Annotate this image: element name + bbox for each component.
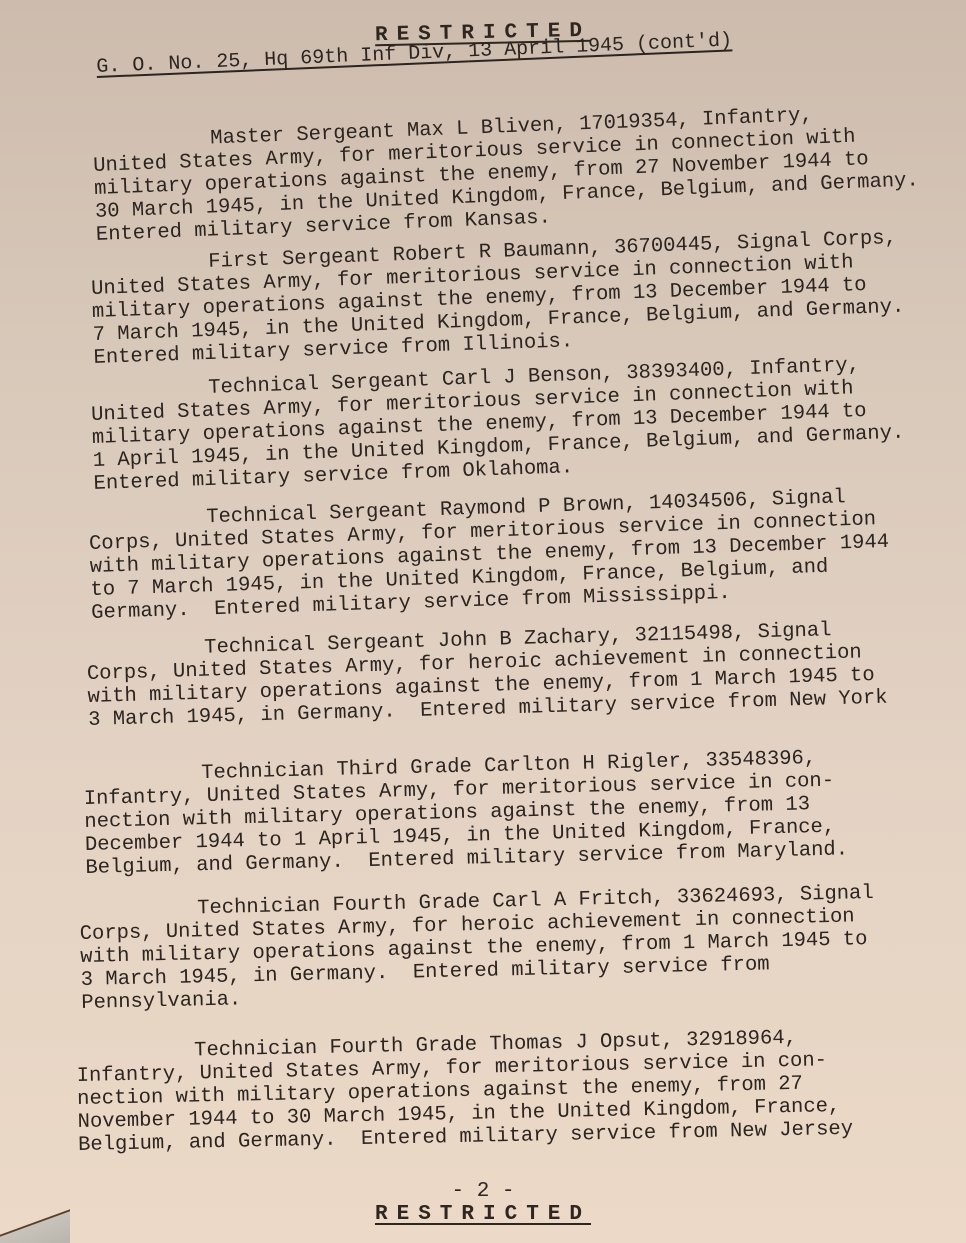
classification-bottom: RESTRICTED — [0, 1203, 966, 1226]
citation-paragraph: Technician Fourth Grade Carl A Fritch, 3… — [79, 882, 876, 1015]
page-number: - 2 - — [0, 1180, 966, 1203]
citation-paragraph: First Sergeant Robert R Baumann, 3670044… — [90, 227, 905, 370]
citation-paragraph: Technician Fourth Grade Thomas J Opsut, … — [76, 1026, 853, 1157]
citation-paragraph: Technical Sergeant John B Zachary, 32115… — [86, 618, 888, 732]
citation-paragraph: Master Sergeant Max L Bliven, 17019354, … — [92, 100, 920, 247]
paper-corner-fold — [0, 1203, 70, 1243]
citation-paragraph: Technical Sergeant Carl J Benson, 383934… — [90, 353, 905, 496]
citation-paragraph: Technician Third Grade Carlton H Rigler,… — [83, 746, 848, 880]
citation-paragraph: Technical Sergeant Raymond P Brown, 1403… — [88, 485, 891, 625]
document-page: RESTRICTED G. O. No. 25, Hq 69th Inf Div… — [0, 0, 966, 1243]
classification-bottom-text: RESTRICTED — [375, 1203, 591, 1226]
